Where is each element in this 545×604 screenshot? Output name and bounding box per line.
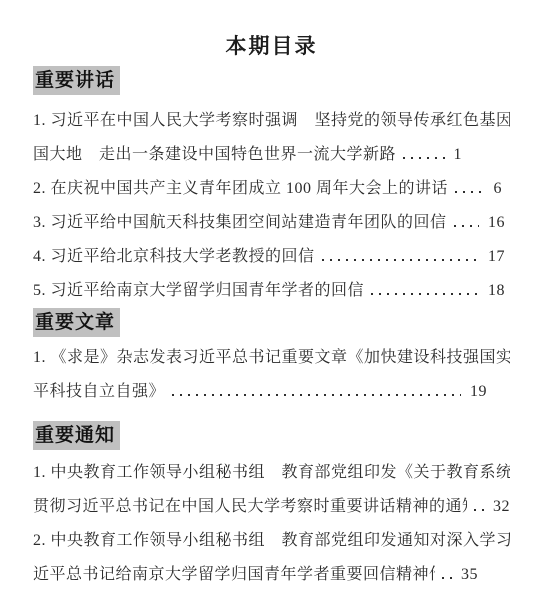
toc-entry-line: 国大地 走出一条建设中国特色世界一流大学新路1 xyxy=(33,138,510,172)
dot-leader xyxy=(455,191,484,193)
dot-leader xyxy=(454,225,479,227)
toc-entry: 4. 习近平给北京科技大学老教授的回信17 xyxy=(33,240,510,274)
toc-section: 重要通知1. 中央教育工作领导小组秘书组 教育部党组印发《关于教育系统深入学习贯… xyxy=(33,421,510,592)
page-number: 6 xyxy=(494,172,503,206)
toc-entry-line: 4. 习近平给北京科技大学老教授的回信17 xyxy=(33,240,510,274)
page-number: 16 xyxy=(488,206,505,240)
toc-entry-line: 2. 在庆祝中国共产主义青年团成立 100 周年大会上的讲话6 xyxy=(33,172,510,206)
toc-entry-text: 贯彻习近平总书记在中国人民大学考察时重要讲话精神的通知》 xyxy=(33,490,467,524)
table-of-contents: 重要讲话1. 习近平在中国人民大学考察时强调 坚持党的领导传承红色基因扎根中国大… xyxy=(33,66,510,592)
toc-entry-text: 平科技自立自强》 xyxy=(33,375,165,409)
toc-entry: 1. 中央教育工作领导小组秘书组 教育部党组印发《关于教育系统深入学习贯彻习近平… xyxy=(33,456,510,524)
toc-entry-line: 1. 习近平在中国人民大学考察时强调 坚持党的领导传承红色基因扎根中 xyxy=(33,104,510,138)
toc-entry-text: 1. 中央教育工作领导小组秘书组 教育部党组印发《关于教育系统深入学习 xyxy=(33,456,510,490)
dot-leader xyxy=(474,509,484,511)
toc-list: 1. 习近平在中国人民大学考察时强调 坚持党的领导传承红色基因扎根中国大地 走出… xyxy=(33,104,510,308)
dot-leader xyxy=(442,577,452,579)
toc-list: 1. 中央教育工作领导小组秘书组 教育部党组印发《关于教育系统深入学习贯彻习近平… xyxy=(33,456,510,592)
dot-leader xyxy=(322,259,479,261)
document-page: 本期目录 重要讲话1. 习近平在中国人民大学考察时强调 坚持党的领导传承红色基因… xyxy=(0,0,545,604)
toc-entry-line: 1. 《求是》杂志发表习近平总书记重要文章《加快建设科技强国实现高水 xyxy=(33,341,510,375)
document-title: 本期目录 xyxy=(33,34,510,58)
dot-leader xyxy=(371,293,479,295)
toc-entry-line: 贯彻习近平总书记在中国人民大学考察时重要讲话精神的通知》32 xyxy=(33,490,510,524)
section-heading: 重要通知 xyxy=(33,421,120,450)
toc-entry-line: 1. 中央教育工作领导小组秘书组 教育部党组印发《关于教育系统深入学习 xyxy=(33,456,510,490)
toc-entry: 1. 习近平在中国人民大学考察时强调 坚持党的领导传承红色基因扎根中国大地 走出… xyxy=(33,104,510,172)
section-heading-row: 重要讲话 xyxy=(33,66,510,95)
toc-entry-line: 5. 习近平给南京大学留学归国青年学者的回信18 xyxy=(33,274,510,308)
toc-entry-text: 3. 习近平给中国航天科技集团空间站建造青年团队的回信 xyxy=(33,206,447,240)
toc-entry: 5. 习近平给南京大学留学归国青年学者的回信18 xyxy=(33,274,510,308)
toc-entry-line: 2. 中央教育工作领导小组秘书组 教育部党组印发通知对深入学习贯彻习 xyxy=(33,524,510,558)
page-number: 17 xyxy=(488,240,505,274)
toc-entry: 3. 习近平给中国航天科技集团空间站建造青年团队的回信16 xyxy=(33,206,510,240)
toc-section: 重要讲话1. 习近平在中国人民大学考察时强调 坚持党的领导传承红色基因扎根中国大… xyxy=(33,66,510,308)
section-heading: 重要讲话 xyxy=(33,66,120,95)
dot-leader xyxy=(403,157,444,159)
toc-entry-text: 近平总书记给南京大学留学归国青年学者重要回信精神作出部署安排 xyxy=(33,558,435,592)
page-number: 19 xyxy=(470,375,487,409)
section-heading: 重要文章 xyxy=(33,308,120,337)
page-number: 1 xyxy=(454,138,463,172)
dot-leader xyxy=(172,394,461,396)
toc-entry-text: 1. 《求是》杂志发表习近平总书记重要文章《加快建设科技强国实现高水 xyxy=(33,341,510,375)
toc-entry-line: 3. 习近平给中国航天科技集团空间站建造青年团队的回信16 xyxy=(33,206,510,240)
toc-entry-text: 5. 习近平给南京大学留学归国青年学者的回信 xyxy=(33,274,364,308)
toc-entry-text: 2. 在庆祝中国共产主义青年团成立 100 周年大会上的讲话 xyxy=(33,172,448,206)
toc-entry: 1. 《求是》杂志发表习近平总书记重要文章《加快建设科技强国实现高水平科技自立自… xyxy=(33,341,510,409)
page-number: 18 xyxy=(488,274,505,308)
toc-list: 1. 《求是》杂志发表习近平总书记重要文章《加快建设科技强国实现高水平科技自立自… xyxy=(33,341,510,409)
page-number: 32 xyxy=(493,490,510,524)
toc-section: 重要文章1. 《求是》杂志发表习近平总书记重要文章《加快建设科技强国实现高水平科… xyxy=(33,308,510,409)
toc-entry-text: 国大地 走出一条建设中国特色世界一流大学新路 xyxy=(33,138,396,172)
section-heading-row: 重要文章 xyxy=(33,308,510,337)
toc-entry-text: 4. 习近平给北京科技大学老教授的回信 xyxy=(33,240,315,274)
toc-entry-line: 平科技自立自强》19 xyxy=(33,375,510,409)
section-heading-row: 重要通知 xyxy=(33,421,510,450)
toc-entry: 2. 中央教育工作领导小组秘书组 教育部党组印发通知对深入学习贯彻习近平总书记给… xyxy=(33,524,510,592)
page-number: 35 xyxy=(461,558,478,592)
toc-entry-text: 2. 中央教育工作领导小组秘书组 教育部党组印发通知对深入学习贯彻习 xyxy=(33,524,510,558)
toc-entry-text: 1. 习近平在中国人民大学考察时强调 坚持党的领导传承红色基因扎根中 xyxy=(33,104,510,138)
toc-entry-line: 近平总书记给南京大学留学归国青年学者重要回信精神作出部署安排35 xyxy=(33,558,510,592)
toc-entry: 2. 在庆祝中国共产主义青年团成立 100 周年大会上的讲话6 xyxy=(33,172,510,206)
